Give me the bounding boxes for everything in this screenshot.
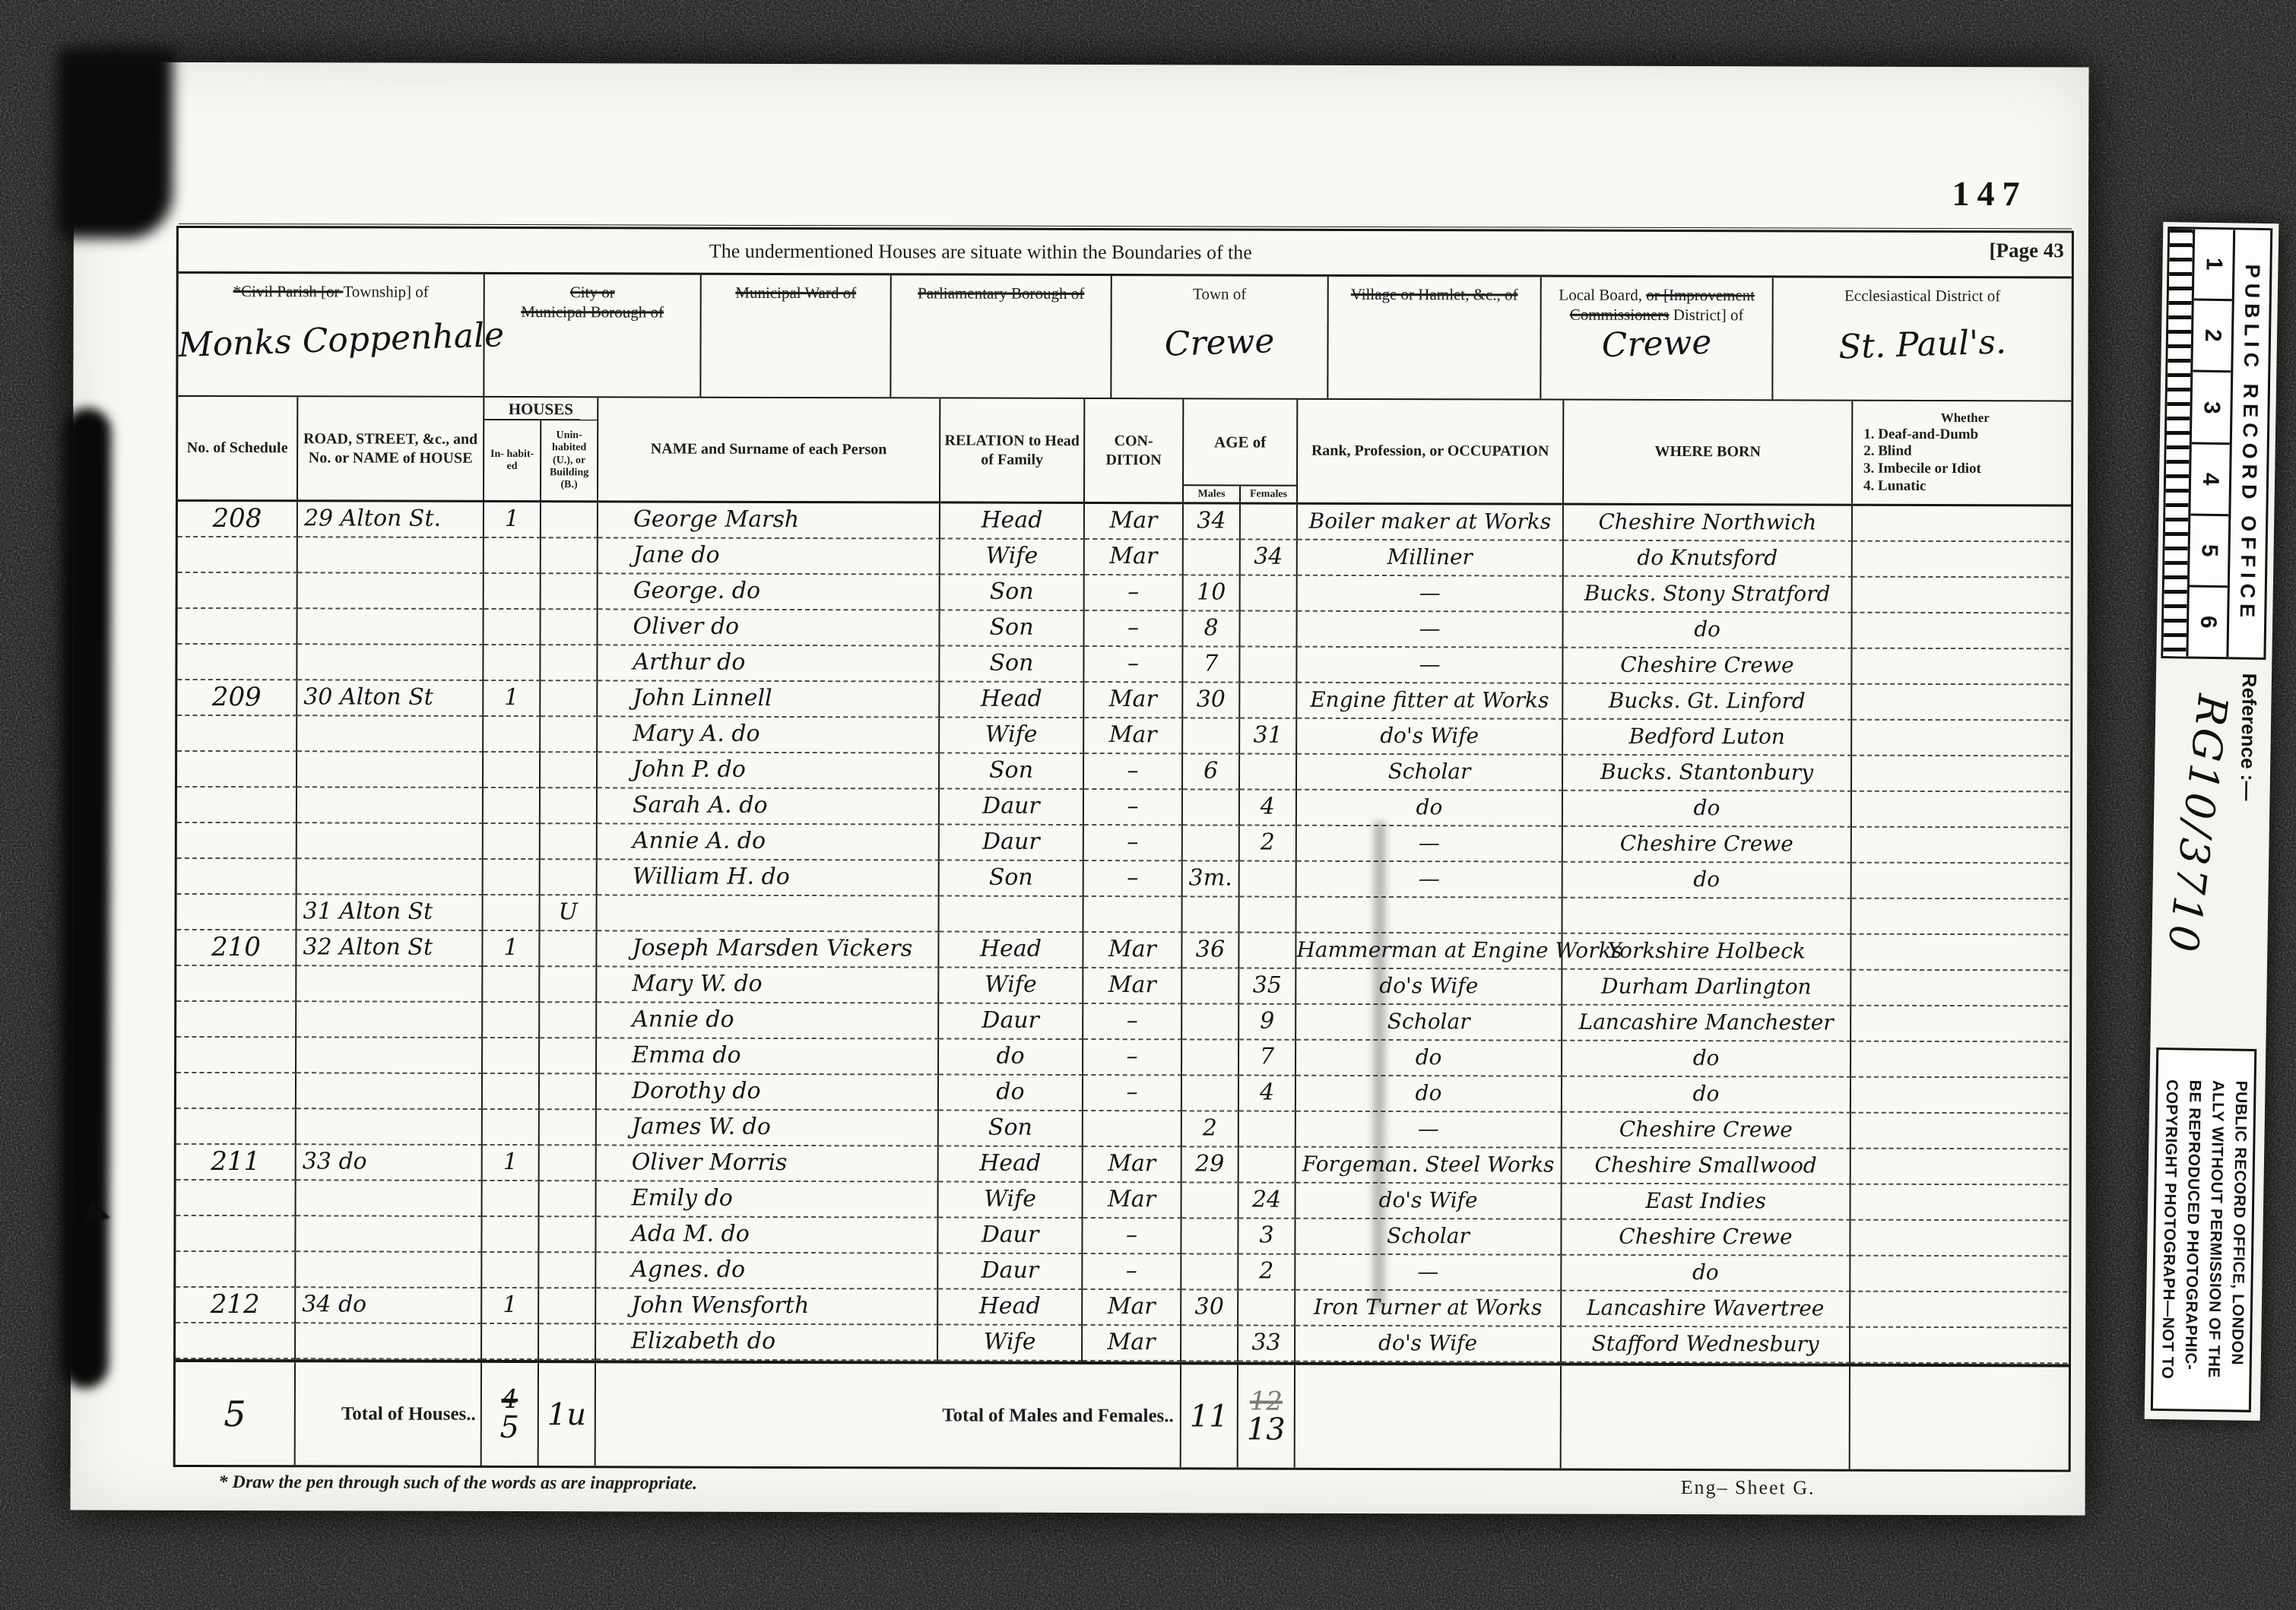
cell-name: Agnes. do (596, 1253, 938, 1289)
cell-street (297, 1073, 483, 1110)
cell-uninhabited (541, 502, 598, 538)
cell-condition: – (1084, 790, 1183, 826)
cell-age_m: 7 (1183, 647, 1240, 683)
cell-street (297, 1038, 483, 1074)
cell-uninhabited (539, 1288, 596, 1324)
cell-street (297, 645, 484, 681)
cell-street (298, 573, 484, 610)
cell-relation: Head (938, 1290, 1083, 1326)
cell-condition: – (1083, 1076, 1182, 1111)
form-title-row: The undermentioned Houses are situate wi… (179, 228, 2072, 279)
cell-schedule (176, 1073, 297, 1109)
cell-relation: Son (940, 647, 1084, 683)
cell-inhabited (484, 788, 541, 824)
cell-uninhabited (541, 610, 598, 645)
cell-condition: Mar (1083, 968, 1182, 1004)
cell-condition: Mar (1083, 1290, 1181, 1326)
col-males-header: Males (1184, 486, 1241, 502)
cell-relation: do (939, 1040, 1083, 1076)
table-row: 31 Alton StU (177, 895, 2070, 936)
cell-infirm (1851, 1185, 2068, 1222)
table-row: James W. doSon2—Cheshire Crewe (176, 1109, 2069, 1150)
total-males: 11 (1181, 1364, 1238, 1467)
cell-relation: Daur (940, 826, 1084, 861)
district-value: St. Paul's. (1773, 321, 2072, 369)
cell-condition: Mar (1085, 504, 1184, 540)
cell-relation: Wife (939, 1183, 1083, 1219)
table-row: Elizabeth doWifeMar33do's WifeStafford W… (176, 1323, 2069, 1364)
cell-relation: Daur (940, 790, 1084, 826)
cell-schedule (177, 645, 297, 680)
table-row: Ada M. doDaur–3ScholarCheshire Crewe (176, 1216, 2069, 1257)
ruler-number: 5 (2190, 515, 2228, 588)
cell-schedule (177, 788, 297, 823)
cell-born: Bucks. Stantonbury (1563, 756, 1852, 792)
cell-age_f: 4 (1239, 1076, 1296, 1112)
cell-name: George. do (598, 574, 940, 610)
cell-relation: Head (939, 933, 1083, 968)
district-cell: Municipal Ward of (701, 275, 891, 398)
cell-name: Joseph Marsden Vickers (597, 931, 939, 968)
cell-relation: Son (940, 754, 1084, 790)
cell-age_f: 3 (1238, 1219, 1295, 1255)
cell-age_m (1183, 826, 1240, 861)
totals-empty-infirm (1850, 1367, 2067, 1470)
cell-street (297, 1002, 483, 1038)
cell-age_m: 2 (1182, 1111, 1239, 1147)
cell-schedule (176, 1252, 296, 1288)
cell-relation: Daur (938, 1254, 1083, 1290)
district-cell: Town ofCrewe (1112, 276, 1328, 398)
cell-uninhabited (540, 1110, 597, 1146)
cell-schedule (178, 537, 298, 573)
cell-age_f: 4 (1240, 791, 1297, 826)
copyright-line: PUBLIC RECORD OFFICE, LONDON (2225, 1080, 2253, 1380)
cell-uninhabited (541, 860, 598, 895)
cell-name: William H. do (598, 860, 940, 896)
cell-schedule (176, 1038, 297, 1073)
cell-uninhabited (540, 1003, 597, 1038)
cell-born: do (1562, 1041, 1851, 1078)
cell-occupation: — (1297, 826, 1563, 863)
cell-condition (1084, 897, 1183, 933)
cell-inhabited (483, 1038, 540, 1074)
total-houses-corrected: 5 (500, 1412, 520, 1443)
cell-age_m (1182, 1040, 1239, 1076)
totals-empty-occupation (1295, 1365, 1562, 1469)
cell-condition: – (1084, 647, 1183, 683)
cell-name: John P. do (598, 753, 940, 789)
cell-street (296, 1216, 482, 1253)
cell-inhabited (484, 860, 541, 895)
cell-uninhabited (541, 753, 598, 788)
office-name: PUBLIC RECORD OFFICE (2228, 230, 2270, 658)
cell-street (297, 752, 484, 788)
cell-inhabited: 1 (483, 931, 540, 967)
cell-condition: – (1083, 1004, 1182, 1040)
cell-name: Elizabeth do (596, 1324, 938, 1361)
cell-infirm (1853, 542, 2069, 578)
cell-relation: Son (940, 575, 1085, 611)
district-cell: City orMunicipal Borough of (484, 274, 701, 397)
district-value: Crewe (1541, 321, 1772, 367)
cell-uninhabited (541, 538, 598, 574)
cell-infirm (1851, 1042, 2068, 1079)
cell-name: John Wensforth (596, 1288, 938, 1325)
cell-age_f (1241, 505, 1298, 540)
col-name-header: NAME and Surname of each Person (598, 398, 940, 501)
district-cell: Local Board, or [ImprovementCommissioner… (1541, 277, 1773, 400)
total-females-corrected: 13 (1247, 1414, 1286, 1444)
district-cell: Village or Hamlet, &c., of (1328, 277, 1541, 399)
table-row: William H. doSon–3m.—do (177, 859, 2070, 900)
col-schedule-header: No. of Schedule (178, 397, 298, 499)
cell-age_f (1240, 648, 1297, 683)
cell-occupation: Engine fitter at Works (1297, 683, 1563, 720)
cell-street: 31 Alton St (297, 895, 484, 931)
enumeration-rows: 20829 Alton St.1George MarshHeadMar34Boi… (176, 502, 2071, 1364)
cell-inhabited: 1 (482, 1288, 539, 1324)
cell-schedule (176, 1323, 296, 1359)
cell-uninhabited (540, 1181, 597, 1217)
cell-inhabited (484, 645, 541, 681)
cell-relation: Daur (938, 1219, 1083, 1254)
infirm-item-3: 3. Imbecile or Idiot (1863, 461, 1981, 478)
col-relation-header: RELATION to Head of Family (940, 399, 1085, 502)
cell-inhabited (483, 1181, 540, 1217)
cell-age_m: 8 (1183, 611, 1240, 647)
cell-schedule (177, 609, 297, 645)
cell-age_f (1238, 1291, 1295, 1326)
form-title: The undermentioned Houses are situate wi… (179, 239, 1783, 266)
cell-street (297, 859, 484, 895)
cell-inhabited (484, 895, 541, 931)
cell-uninhabited (541, 645, 598, 681)
cell-schedule (177, 859, 297, 895)
cell-name (598, 895, 940, 932)
cell-inhabited (483, 1074, 540, 1110)
cell-infirm (1850, 1257, 2067, 1293)
cell-name: Mary W. do (597, 967, 939, 1003)
cell-occupation: — (1297, 648, 1563, 684)
cell-age_f: 24 (1239, 1184, 1296, 1219)
cell-occupation: do (1297, 791, 1563, 827)
cell-name: Annie A. do (598, 824, 940, 860)
cell-age_m: 30 (1181, 1290, 1238, 1326)
cell-relation: Wife (940, 540, 1085, 575)
cell-born: East Indies (1562, 1184, 1851, 1221)
cell-inhabited (484, 610, 541, 645)
total-females-struck: 12 (1250, 1388, 1283, 1414)
infirm-item-2: 2. Blind (1863, 443, 1911, 461)
cell-name: Jane do (598, 538, 940, 575)
cell-street (297, 823, 484, 860)
cell-name: Mary A. do (598, 717, 940, 753)
cell-uninhabited (539, 1217, 596, 1253)
ruler-number: 2 (2193, 301, 2231, 373)
cell-name: George Marsh (598, 502, 940, 539)
cell-age_f (1241, 576, 1298, 612)
cell-street (296, 1323, 482, 1360)
cell-schedule (177, 752, 297, 788)
ruler-numbers: 123456 (2188, 230, 2235, 658)
cell-born: Cheshire Crewe (1562, 1220, 1850, 1257)
cell-relation (940, 897, 1084, 933)
cell-name: Annie do (597, 1003, 939, 1039)
total-schedules: 5 (176, 1362, 296, 1465)
cell-name: Ada M. do (596, 1217, 938, 1253)
cell-condition: – (1084, 826, 1183, 861)
cell-uninhabited (540, 1146, 597, 1181)
total-males-females-label: Total of Males and Females.. (596, 1363, 1181, 1467)
cell-infirm (1852, 899, 2069, 936)
cell-condition: Mar (1084, 683, 1183, 718)
cell-infirm (1852, 685, 2069, 721)
cell-street: 30 Alton St (297, 680, 484, 717)
cell-infirm (1852, 756, 2069, 793)
cell-age_f: 9 (1239, 1005, 1296, 1041)
cell-inhabited (483, 1110, 540, 1146)
cell-inhabited (484, 824, 541, 860)
cell-age_f (1240, 898, 1297, 933)
cell-uninhabited (540, 1074, 597, 1110)
cell-occupation: Milliner (1298, 540, 1564, 577)
cell-occupation: Scholar (1297, 755, 1563, 791)
cell-age_m: 29 (1182, 1147, 1239, 1183)
cell-schedule (177, 716, 297, 752)
cell-street (297, 788, 484, 824)
cell-uninhabited: U (541, 895, 598, 931)
public-record-office-strip: 123456 PUBLIC RECORD OFFICE Reference :—… (2145, 222, 2279, 1421)
cell-name: John Linnell (598, 681, 940, 718)
cell-age_f (1239, 933, 1296, 969)
cell-inhabited (482, 1217, 539, 1253)
cell-infirm (1853, 506, 2069, 543)
cell-born: do Knutsford (1564, 541, 1853, 578)
cell-age_m (1181, 1219, 1238, 1254)
scan-blot-left (62, 408, 111, 1389)
cell-relation: Daur (939, 1004, 1083, 1040)
col-road-header: ROAD, STREET, &c., and No. or NAME of HO… (298, 397, 484, 500)
cell-name: James W. do (597, 1110, 939, 1146)
cell-uninhabited (541, 824, 598, 860)
cell-schedule: 212 (176, 1288, 296, 1323)
cell-occupation: do (1296, 1076, 1562, 1113)
cell-occupation: — (1295, 1255, 1562, 1291)
cell-condition: – (1084, 861, 1183, 897)
cell-age_m (1183, 718, 1240, 754)
cell-uninhabited (541, 681, 598, 717)
cell-born: Yorkshire Holbeck (1562, 934, 1851, 971)
cell-uninhabited (540, 1038, 597, 1074)
cell-street: 29 Alton St. (298, 502, 484, 538)
column-header-row: No. of Schedule ROAD, STREET, &c., and N… (178, 395, 2071, 507)
cell-inhabited: 1 (483, 1146, 540, 1181)
cell-age_m (1182, 968, 1239, 1004)
cell-schedule (176, 966, 297, 1002)
cell-condition: – (1083, 1040, 1182, 1076)
district-cell: *Civil Parish [or Township] ofMonks Copp… (178, 274, 484, 396)
cell-born: Lancashire Wavertree (1562, 1291, 1850, 1328)
cell-age_m (1183, 897, 1240, 933)
cell-born: Bucks. Gt. Linford (1563, 684, 1852, 721)
table-row: Dorothy dodo–4dodo (176, 1073, 2069, 1114)
col-occupation-header: Rank, Profession, or OCCUPATION (1298, 400, 1564, 503)
cell-inhabited (482, 1253, 539, 1288)
cell-inhabited (484, 574, 541, 610)
cell-schedule (176, 1216, 296, 1252)
cell-relation: Son (940, 611, 1084, 647)
page-label: [Page 43 (1990, 239, 2064, 262)
cell-occupation: Forgeman. Steel Works (1296, 1148, 1562, 1184)
ruler-number: 4 (2190, 444, 2229, 516)
cell-condition: – (1085, 575, 1184, 611)
cell-condition: Mar (1084, 718, 1183, 754)
cell-age_f (1239, 1148, 1296, 1184)
table-row: Sarah A. doDaur–4dodo (177, 788, 2070, 829)
cell-born: do (1562, 1256, 1850, 1292)
table-row: 20930 Alton St1John LinnellHeadMar30Engi… (177, 680, 2070, 721)
whether-label: Whether (1941, 410, 1990, 426)
cell-infirm (1853, 578, 2069, 614)
cell-infirm (1852, 613, 2069, 650)
table-row: 21032 Alton St1Joseph Marsden VickersHea… (176, 930, 2069, 971)
cell-condition: – (1083, 1219, 1181, 1254)
district-value: Crewe (1112, 320, 1327, 366)
cell-infirm (1852, 864, 2069, 900)
table-row: Mary W. doWifeMar35do's WifeDurham Darli… (176, 966, 2069, 1007)
infirm-item-4: 4. Lunatic (1863, 478, 1926, 496)
census-form: The undermentioned Houses are situate wi… (173, 226, 2074, 1472)
cell-name: Emma do (597, 1038, 939, 1075)
table-row: Emily doWifeMar24do's WifeEast Indies (176, 1181, 2069, 1222)
cell-name: Sarah A. do (598, 788, 940, 825)
infirm-item-1: 1. Deaf-and-Dumb (1863, 426, 1978, 443)
table-row: 21234 do1John WensforthHeadMar30Iron Tur… (176, 1288, 2069, 1329)
sheet-label: Eng– Sheet G. (1681, 1476, 2066, 1500)
cell-age_m (1182, 1004, 1239, 1040)
cell-occupation: do's Wife (1296, 969, 1562, 1006)
col-infirmity-header: Whether 1. Deaf-and-Dumb 2. Blind 3. Imb… (1853, 401, 2069, 505)
cell-relation: do (939, 1076, 1083, 1111)
cell-street (297, 609, 484, 645)
cell-uninhabited (539, 1253, 596, 1288)
table-row: Emma dodo–7dodo (176, 1038, 2069, 1079)
cell-occupation: — (1297, 612, 1563, 648)
district-cell: Parliamentary Borough of (891, 275, 1112, 398)
cell-street (296, 1252, 482, 1288)
cell-age_m: 36 (1182, 933, 1239, 968)
cell-occupation (1297, 898, 1563, 934)
houses-group-label: HOUSES (509, 398, 573, 419)
cell-age_f: 7 (1239, 1041, 1296, 1076)
cell-age_m (1184, 540, 1241, 575)
cell-infirm (1852, 721, 2069, 757)
totals-row: 5 Total of Houses.. 4 5 1u Total of Male… (176, 1359, 2069, 1470)
table-row: John P. doSon–6ScholarBucks. Stantonbury (177, 752, 2070, 793)
table-row: Oliver doSon–8—do (177, 609, 2070, 650)
cell-infirm (1851, 971, 2068, 1007)
table-row: 21133 do1Oliver MorrisHeadMar29Forgeman.… (176, 1145, 2069, 1186)
cell-schedule: 211 (176, 1145, 297, 1181)
total-houses-uninhabited: 1u (539, 1363, 596, 1466)
cell-condition (1083, 1111, 1182, 1147)
table-row: 20829 Alton St.1George MarshHeadMar34Boi… (178, 502, 2071, 543)
cell-infirm (1851, 935, 2068, 971)
cell-schedule (177, 823, 297, 859)
cell-occupation: Hammerman at Engine Works (1296, 933, 1562, 970)
cell-occupation: — (1296, 1112, 1562, 1149)
cell-street (297, 1109, 483, 1146)
cell-condition: Mar (1083, 1326, 1181, 1361)
cell-age_f: 34 (1241, 540, 1298, 576)
cell-uninhabited (540, 967, 597, 1003)
census-sheet: 147 The undermentioned Houses are situat… (71, 62, 2089, 1516)
cell-inhabited (484, 753, 541, 788)
cell-age_f (1240, 683, 1297, 719)
cell-age_f (1240, 755, 1297, 791)
cell-inhabited: 1 (484, 502, 541, 538)
footnote: * Draw the pen through such of the words… (173, 1472, 698, 1497)
cell-age_m (1182, 1183, 1239, 1219)
cell-infirm (1852, 828, 2069, 864)
cell-uninhabited (541, 717, 598, 753)
cell-schedule: 209 (177, 680, 297, 716)
cell-occupation: Boiler maker at Works (1298, 505, 1564, 541)
totals-empty-born (1562, 1366, 1850, 1469)
col-condition-header: CON- DITION (1085, 399, 1184, 502)
cell-occupation: do's Wife (1297, 719, 1563, 756)
cell-infirm (1850, 1328, 2067, 1364)
cell-born: Cheshire Crewe (1563, 827, 1852, 864)
cell-inhabited (483, 1003, 540, 1038)
cell-born: Cheshire Crewe (1563, 648, 1852, 685)
cell-street (297, 966, 483, 1003)
cell-name: Oliver do (598, 610, 940, 646)
cell-street: 34 do (296, 1288, 482, 1324)
cell-infirm (1850, 1221, 2067, 1257)
scan-blot-corner (59, 48, 173, 238)
cell-infirm (1850, 1292, 2067, 1329)
table-row: George. doSon–10—Bucks. Stony Stratford (178, 573, 2071, 614)
cell-name: Arthur do (598, 645, 940, 682)
cell-born: Cheshire Crewe (1562, 1113, 1851, 1149)
cell-born: Bucks. Stony Stratford (1564, 577, 1853, 613)
cell-born: Cheshire Smallwood (1562, 1149, 1851, 1185)
cell-age_f (1239, 1112, 1296, 1148)
scanned-census-page: 147 The undermentioned Houses are situat… (0, 0, 2296, 1610)
cell-schedule (176, 1002, 297, 1038)
cell-age_f: 2 (1238, 1255, 1295, 1291)
cell-age_m: 34 (1184, 504, 1241, 540)
cell-inhabited (484, 717, 541, 753)
cell-born: Stafford Wednesbury (1562, 1327, 1850, 1364)
cell-occupation: Iron Turner at Works (1295, 1291, 1562, 1327)
ruler-number: 6 (2188, 587, 2227, 657)
cell-relation: Head (939, 1147, 1083, 1183)
cell-occupation: Scholar (1295, 1219, 1562, 1256)
cell-relation: Head (940, 683, 1084, 718)
reference-label: Reference :— (2235, 673, 2261, 801)
cell-occupation: do (1296, 1041, 1562, 1077)
cell-infirm (1851, 1149, 2068, 1186)
table-row: Agnes. doDaur–2—do (176, 1252, 2069, 1293)
cell-inhabited (483, 967, 540, 1003)
cell-inhabited: 1 (484, 681, 541, 717)
cell-age_f (1240, 862, 1297, 898)
cell-age_f: 33 (1238, 1326, 1295, 1362)
cell-relation: Head (940, 504, 1085, 540)
